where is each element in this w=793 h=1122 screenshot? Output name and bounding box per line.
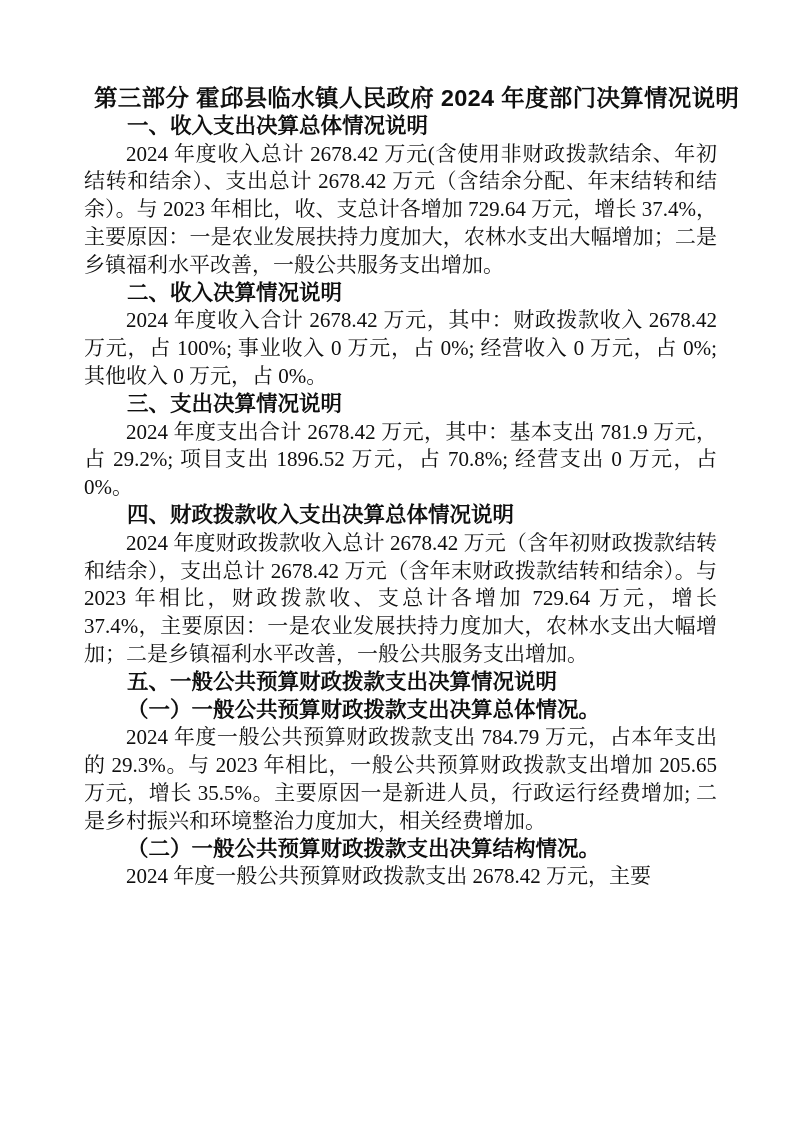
heading-expenditure-accounts: 三、支出决算情况说明 [84, 391, 717, 419]
para-general-budget-overall: 2024 年度一般公共预算财政拨款支出 784.79 万元，占本年支出的 29.… [84, 724, 717, 835]
subheading-general-budget-structure: （二）一般公共预算财政拨款支出决算结构情况。 [84, 836, 717, 864]
para-expenditure-accounts: 2024 年度支出合计 2678.42 万元，其中：基本支出 781.9 万元，… [84, 419, 717, 502]
para-overall-revenue-expenditure: 2024 年度收入总计 2678.42 万元(含使用非财政拨款结余、年初结转和结… [84, 141, 717, 280]
document-page: 第三部分 霍邱县临水镇人民政府 2024 年度部门决算情况说明 一、收入支出决算… [0, 0, 793, 1122]
document-content: 第三部分 霍邱县临水镇人民政府 2024 年度部门决算情况说明 一、收入支出决算… [84, 85, 717, 891]
para-revenue-accounts: 2024 年度收入合计 2678.42 万元，其中：财政拨款收入 2678.42… [84, 307, 717, 390]
para-fiscal-appropriation-overview: 2024 年度财政拨款收入总计 2678.42 万元（含年初财政拨款结转和结余）… [84, 530, 717, 669]
para-general-budget-structure: 2024 年度一般公共预算财政拨款支出 2678.42 万元，主要 [84, 863, 717, 891]
heading-revenue-accounts: 二、收入决算情况说明 [84, 280, 717, 308]
document-title: 第三部分 霍邱县临水镇人民政府 2024 年度部门决算情况说明 [94, 85, 717, 113]
heading-overall-revenue-expenditure: 一、收入支出决算总体情况说明 [84, 113, 717, 141]
subheading-general-budget-overall: （一）一般公共预算财政拨款支出决算总体情况。 [84, 697, 717, 725]
heading-general-public-budget-expenditure: 五、一般公共预算财政拨款支出决算情况说明 [84, 669, 717, 697]
heading-fiscal-appropriation-overview: 四、财政拨款收入支出决算总体情况说明 [84, 502, 717, 530]
